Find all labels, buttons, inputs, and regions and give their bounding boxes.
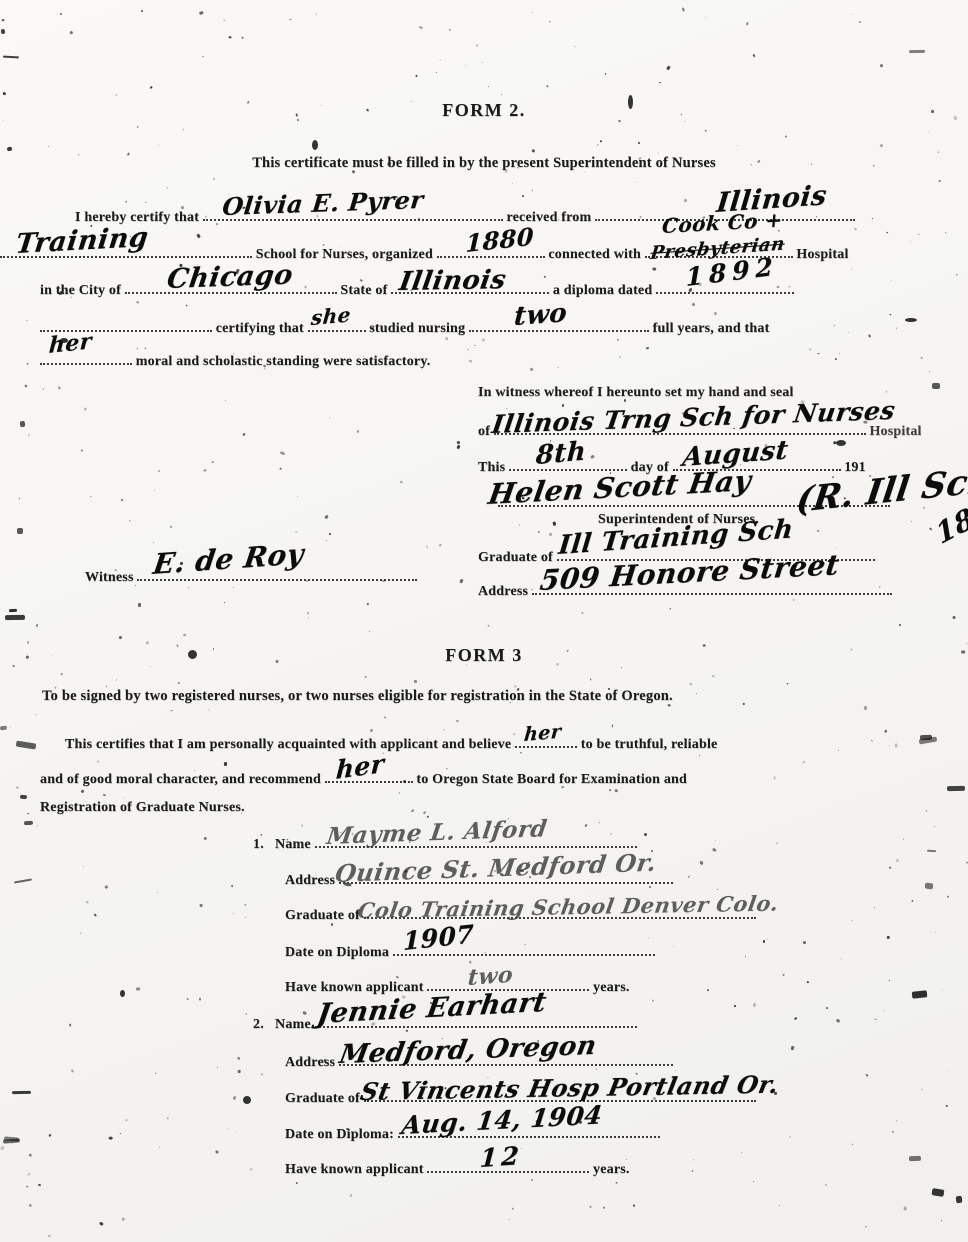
organized-year-handwriting: 1880 [465,222,534,258]
city-field[interactable]: Chicago [125,279,337,294]
diploma2-label: Date on Diploma: [285,1127,394,1142]
signature-line: Helen Scott Hay (R. Ill Sch [498,492,890,512]
form2-line-moral: her moral and scholastic standing were s… [40,350,430,370]
form3-certifies-line1: This certifies that I am personally acqu… [65,733,717,753]
hospital-label: Hospital [796,247,848,262]
entry1-number: 1. [253,837,264,852]
superintendent-address-line: Address 509 Honore Street [478,580,892,600]
moral-label: moral and scholastic standing were satis… [136,354,431,369]
pronoun2-field[interactable]: her [40,350,132,365]
years-studied-field[interactable]: two [469,317,649,332]
seal-of-line: of Illinois Trng Sch for Nurses Hospital [478,420,922,440]
entry1-graduate-line: Graduate of Colo Training School Denver … [285,904,756,924]
form3-instruction: To be signed by two registered nurses, o… [42,688,673,705]
entry1-address-field[interactable]: Quince St. Medford Or. [339,869,673,884]
school-name-field[interactable]: Training [0,243,252,258]
fullyears-label: full years, and that [653,321,770,336]
entry1-diploma-field[interactable]: 1907 [393,941,655,956]
entry1-address-line: Address Quince St. Medford Or. [285,869,673,889]
day-handwriting: 8th [535,436,587,471]
hospital2-label: Hospital [869,424,921,439]
lead-dots [40,317,212,332]
pronoun1-handwriting: she [310,302,352,330]
witness-field[interactable]: E. de Roy [137,566,417,581]
entry2-known-line: Have known applicant 12 years. [285,1158,630,1178]
years-label: years. [593,1162,630,1177]
entry1-name-field[interactable]: Mayme L. Alford [315,833,637,848]
of-label: of [478,424,490,439]
state-field[interactable]: Illinois [391,279,549,294]
applicant-name-handwriting: Olivia E. Pyrer [221,185,425,221]
city-label: in the City of [40,283,121,298]
entry2-address-handwriting: Medford, Oregon [337,1031,599,1070]
diploma-date-field[interactable]: 1892 [656,279,794,294]
entry1-graduate-handwriting: Colo Training School Denver Colo. [356,891,781,923]
diploma-label: Date on Diploma [285,945,389,960]
this-label: This [478,460,505,475]
form3-pronoun2-handwriting: her [335,749,385,785]
signature-field[interactable]: Helen Scott Hay (R. Ill Sch [498,492,890,507]
form3-pronoun1-handwriting: her [523,720,562,746]
diploma-dated-label: a diploma dated [553,283,652,298]
entry2-known-field[interactable]: 12 [427,1158,589,1173]
entry2-name-field[interactable]: Jennie Earhart [315,1013,637,1028]
form3-certifies-line3: Registration of Graduate Nurses. [40,800,245,816]
graduate-label: Graduate of [285,908,360,923]
form3-pronoun1-field[interactable]: her [515,733,577,748]
years-label: years. [593,980,630,995]
certifies-pre-label: This certifies that I am personally acqu… [65,737,511,752]
address-label: Address [285,873,335,888]
known-label: Have known applicant [285,980,424,995]
certifies-mid-label: to be truthful, reliable [581,737,718,752]
entry2-address-line: Address Medford, Oregon [285,1051,673,1071]
scanned-certificate-page: FORM 2. This certificate must be filled … [0,0,968,1242]
connected-with-label: connected with [548,247,641,262]
certifies-line2a-label: and of good moral character, and recomme… [40,772,321,787]
witness-handwriting: E. de Roy [151,537,306,581]
school-name-handwriting: Training [14,222,150,260]
seal-of-handwriting: Illinois Trng Sch for Nurses [490,396,897,439]
entry1-name-handwriting: Mayme L. Alford [325,815,549,850]
pronoun1-field[interactable]: she [308,317,366,332]
state-handwriting: Illinois [397,265,508,297]
entry2-address-field[interactable]: Medford, Oregon [339,1051,673,1066]
studied-label: studied nursing [369,321,465,336]
name-label: Name [275,837,311,852]
graduate-label: Graduate of [285,1091,360,1106]
form3-pronoun2-field[interactable]: her [325,768,413,783]
address-label: Address [285,1055,335,1070]
entry1-diploma-handwriting: 1907 [403,919,474,956]
address-label: Address [478,584,528,599]
entry2-graduate-handwriting: St Vincents Hosp Portland Or. [358,1070,781,1106]
form3-title: FORM 3 [0,645,968,666]
form2-title: FORM 2. [0,100,968,121]
form2-line-certifying: certifying that she studied nursing two … [40,317,769,337]
certifying-label: certifying that [216,321,304,336]
entry2-graduate-field[interactable]: St Vincents Hosp Portland Or. [364,1087,756,1102]
form3-certifies-line2: and of good moral character, and recomme… [40,768,687,788]
connected-above-handwriting: Cook Co + [661,208,784,238]
entry2-name-line: 2. Name Jennie Earhart [253,1013,637,1033]
entry1-known-handwriting: two [467,962,514,991]
witness-clause: In witness whereof I hereunto set my han… [478,385,794,401]
witness-label: Witness [85,570,134,585]
certifies-line2b-label: to Oregon State Board for Examination an… [416,772,687,787]
city-handwriting: Chicago [165,259,295,295]
superintendent-address-field[interactable]: 509 Honore Street [532,580,892,595]
organized-year-field[interactable]: 1880 [437,243,545,258]
form2-instruction: This certificate must be filled in by th… [0,155,968,172]
known-label: Have known applicant [285,1162,424,1177]
day-field[interactable]: 8th [509,456,627,471]
witness-line: Witness E. de Roy [85,566,417,586]
entry1-diploma-line: Date on Diploma 1907 [285,941,655,961]
entry2-number: 2. [253,1017,264,1032]
entry1-graduate-field[interactable]: Colo Training School Denver Colo. [364,904,756,919]
entry1-address-handwriting: Quince St. Medford Or. [333,848,659,888]
applicant-name-field[interactable]: Olivia E. Pyrer [203,206,503,221]
name-label: Name [275,1017,311,1032]
seal-of-field[interactable]: Illinois Trng Sch for Nurses [494,420,866,435]
form2-line-city: in the City of Chicago State of Illinois… [40,279,794,299]
entry2-diploma-field[interactable]: Aug. 14, 1904 [398,1123,660,1138]
entry2-known-handwriting: 12 [479,1141,524,1173]
state-label: State of [340,283,387,298]
years-studied-handwriting: two [513,298,568,332]
pronoun2-handwriting: her [48,328,93,359]
entry2-diploma-line: Date on Diploma: Aug. 14, 1904 [285,1123,660,1143]
